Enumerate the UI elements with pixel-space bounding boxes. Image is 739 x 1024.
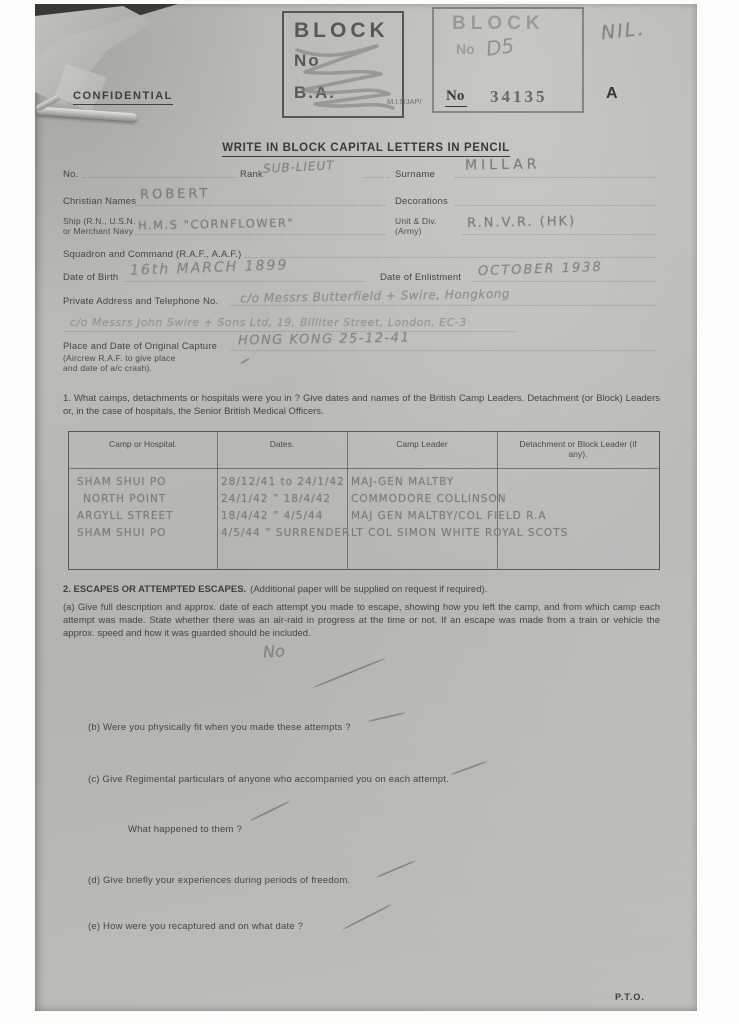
stamp-line: No bbox=[456, 41, 475, 57]
date-of-enlistment-value: OCTOBER 1938 bbox=[478, 260, 603, 279]
question-2-heading-bold: 2. ESCAPES OR ATTEMPTED ESCAPES. bbox=[63, 584, 246, 595]
capture-value: HONG KONG 25-12-41 bbox=[238, 330, 411, 348]
nil-handwritten-note: NIL. bbox=[600, 18, 647, 45]
table-row-camp: NORTH POINT bbox=[83, 493, 166, 505]
question-1-text: 1. What camps, detachments or hospitals … bbox=[63, 392, 660, 418]
fill-line bbox=[230, 304, 655, 306]
table-row-camp: SHAM SHUI PO bbox=[77, 527, 166, 539]
question-2a-answer: No bbox=[262, 641, 285, 661]
fill-line bbox=[473, 280, 655, 282]
camps-table: Camp or Hospital. Dates. Camp Leader Det… bbox=[68, 431, 660, 570]
private-address-label: Private Address and Telephone No. bbox=[63, 296, 218, 307]
question-2c-text: (c) Give Regimental particulars of anyon… bbox=[88, 774, 449, 785]
table-row-leader: LT COL SIMON WHITE ROYAL SCOTS bbox=[351, 527, 568, 539]
ship-label: Ship (R.N., U.S.N. bbox=[63, 216, 136, 226]
fill-line bbox=[455, 204, 655, 206]
pencil-tick bbox=[240, 358, 250, 365]
fill-line bbox=[135, 204, 385, 206]
table-row-camp: ARGYLL STREET bbox=[77, 510, 174, 522]
series-letter: A bbox=[606, 85, 618, 103]
table-header-camp: Camp or Hospital. bbox=[69, 439, 217, 449]
pto-label: P.T.O. bbox=[615, 992, 645, 1002]
table-divider bbox=[69, 468, 659, 469]
table-row-dates: 24/1/42 ” 18/4/42 bbox=[221, 493, 331, 505]
unit-div-value: R.N.V.R. (HK) bbox=[467, 214, 576, 231]
table-row-dates: 18/4/42 ” 4/5/44 bbox=[221, 510, 323, 522]
fill-line bbox=[83, 176, 235, 178]
serial-no-label: No bbox=[445, 88, 467, 107]
pencil-dash bbox=[342, 904, 391, 930]
table-header-leader: Camp Leader bbox=[347, 439, 497, 449]
question-2e-text: (e) How were you recaptured and on what … bbox=[88, 921, 303, 932]
question-2b-text: (b) Were you physically fit when you mad… bbox=[88, 722, 351, 733]
table-header-detachment: Detachment or Block Leader (if any). bbox=[517, 439, 639, 459]
fill-line bbox=[245, 256, 655, 258]
confidential-marking: CONFIDENTIAL bbox=[73, 90, 173, 105]
header-instruction: WRITE IN BLOCK CAPITAL LETTERS IN PENCIL bbox=[35, 138, 697, 156]
fill-line bbox=[135, 233, 385, 235]
fill-line bbox=[455, 176, 655, 178]
date-of-birth-label: Date of Birth bbox=[63, 272, 118, 283]
question-2c2-text: What happened to them ? bbox=[128, 824, 242, 835]
question-2-heading-rest: (Additional paper will be supplied on re… bbox=[250, 584, 487, 595]
christian-names-label: Christian Names bbox=[63, 196, 136, 207]
capture-note-1: (Aircrew R.A.F. to give place bbox=[63, 353, 176, 363]
date-of-enlistment-label: Date of Enlistment bbox=[380, 272, 461, 283]
ship-value: H.M.S "CORNFLOWER" bbox=[138, 216, 294, 233]
pencil-dash bbox=[250, 800, 290, 821]
surname-label: Surname bbox=[395, 169, 435, 180]
fill-line bbox=[230, 349, 655, 351]
private-address-value-1: c/o Messrs Butterfield + Swire, Hongkong bbox=[240, 287, 510, 306]
capture-label: Place and Date of Original Capture bbox=[63, 341, 217, 352]
fill-line bbox=[125, 280, 365, 282]
table-row-dates: 28/12/41 to 24/1/42 bbox=[221, 476, 345, 488]
form-paper: BLOCK No B.A. BLOCK No D5 M.I.9/JAP/ No … bbox=[35, 4, 697, 1011]
table-row-camp: SHAM SHUI PO bbox=[77, 476, 166, 488]
private-address-value-2: c/o Messrs John Swire + Sons Ltd, 19, Bi… bbox=[70, 316, 467, 329]
squadron-label: Squadron and Command (R.A.F., A.A.F.) bbox=[63, 249, 241, 260]
table-row-leader: MAJ-GEN MALTBY bbox=[351, 476, 454, 488]
date-of-birth-value: 16th MARCH 1899 bbox=[130, 257, 289, 279]
table-header-dates: Dates. bbox=[217, 439, 347, 449]
no-label: No. bbox=[63, 169, 78, 180]
table-divider bbox=[217, 432, 218, 569]
pencil-note: D5 bbox=[484, 33, 515, 61]
rank-value: SUB-LIEUT bbox=[263, 158, 335, 176]
scanned-page: BLOCK No B.A. BLOCK No D5 M.I.9/JAP/ No … bbox=[0, 0, 739, 1024]
ship-label2: or Merchant Navy bbox=[63, 226, 133, 236]
question-2d-text: (d) Give briefly your experiences during… bbox=[88, 875, 350, 886]
pencil-dash bbox=[368, 712, 405, 722]
question-2a-text: (a) Give full description and approx. da… bbox=[63, 601, 660, 640]
serial-number: 34135 bbox=[490, 87, 548, 107]
pencil-dash bbox=[451, 761, 487, 776]
header-instruction-text: WRITE IN BLOCK CAPITAL LETTERS IN PENCIL bbox=[222, 142, 509, 157]
fill-line bbox=[365, 176, 390, 178]
table-row-dates: 4/5/44 ” SURRENDER bbox=[221, 527, 350, 539]
unit-div-label: Unit & Div. bbox=[395, 216, 437, 226]
table-divider bbox=[347, 432, 348, 569]
surname-value: MILLAR bbox=[465, 156, 541, 173]
question-2-heading: 2. ESCAPES OR ATTEMPTED ESCAPES. (Additi… bbox=[63, 579, 663, 597]
pencil-dash bbox=[376, 860, 415, 878]
table-row-leader: COMMODORE COLLINSON bbox=[351, 493, 507, 505]
unit-div-label2: (Army) bbox=[395, 226, 422, 236]
serial-prefix: M.I.9/JAP/ bbox=[387, 97, 422, 106]
stamp-line: BLOCK bbox=[452, 13, 545, 35]
decorations-label: Decorations bbox=[395, 196, 448, 207]
table-row-leader: MAJ GEN MALTBY/COL FIELD R.A bbox=[351, 510, 547, 522]
fill-line bbox=[463, 233, 655, 235]
christian-names-value: ROBERT bbox=[140, 186, 211, 202]
capture-note-2: and date of a/c crash). bbox=[63, 363, 152, 373]
pencil-dash bbox=[312, 657, 385, 688]
rank-label: Rank bbox=[240, 169, 263, 180]
